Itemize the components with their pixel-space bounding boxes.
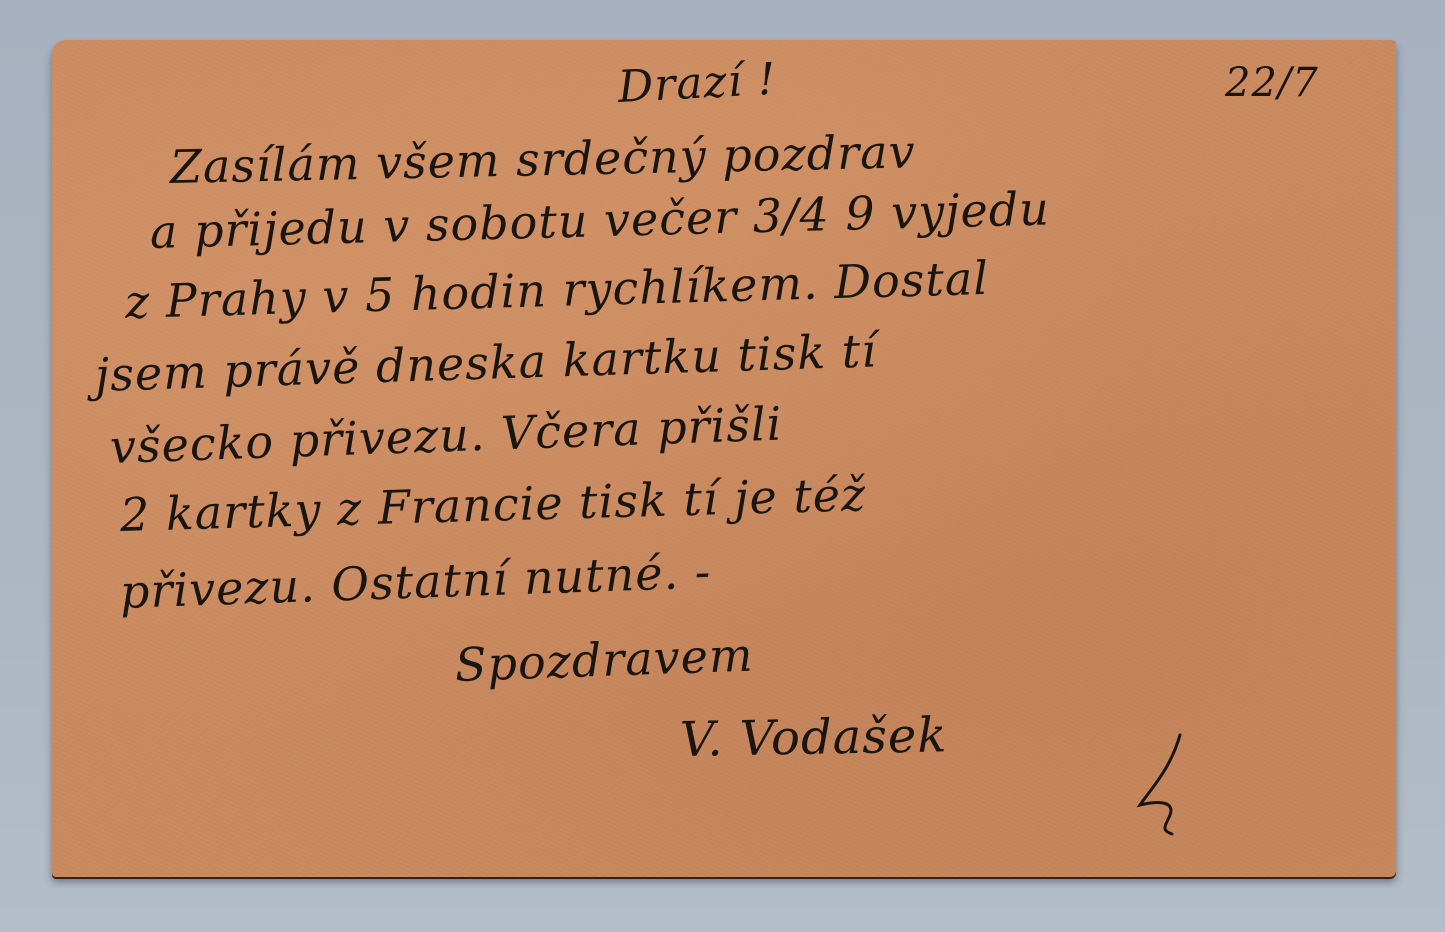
date-text: 22/7 — [1225, 60, 1319, 106]
signature: V. Vodašek — [680, 707, 948, 768]
greeting-text: Drazí ! — [617, 54, 778, 113]
signature-flourish-icon — [1130, 730, 1190, 840]
closing-text: Spozdravem — [454, 628, 754, 692]
